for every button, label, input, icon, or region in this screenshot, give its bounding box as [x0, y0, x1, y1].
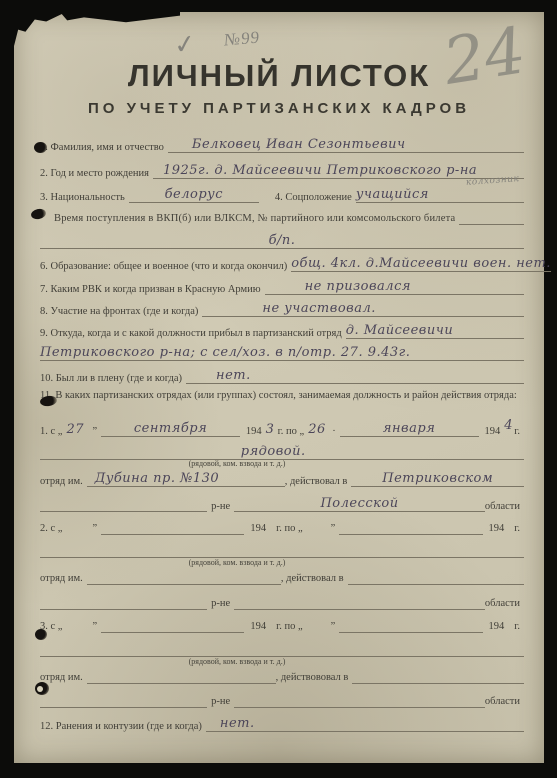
- field-birth: 2. Год и место рождения 1925г. д. Майсее…: [40, 164, 524, 179]
- field-value-handwritten: белорус: [129, 188, 259, 203]
- field-label: 10. Был ли в плену (где и когда): [40, 373, 186, 385]
- blank-line: [40, 544, 207, 558]
- printed-fragment: ”: [331, 523, 340, 535]
- printed-fragment: р-не: [207, 501, 234, 513]
- field-value-handwritten: Белковец Иван Сезонтьевич: [168, 138, 524, 153]
- printed-fragment: 194: [483, 621, 509, 633]
- field-value-handwritten: б/п.: [40, 234, 524, 249]
- month-handwritten: января: [340, 422, 479, 437]
- blank-line: [348, 446, 524, 460]
- field-education: 6. Образование: общее и военное (что и к…: [40, 257, 524, 272]
- field-units-heading: 11. В каких партизанских отрядах (или гр…: [40, 388, 524, 404]
- page-title: ЛИЧНЫЙ ЛИСТОК: [14, 58, 544, 94]
- unit-entry-region: р-не области: [40, 694, 524, 708]
- unit-entry-rank: [40, 643, 524, 657]
- month-handwritten: [101, 619, 244, 633]
- field-value-handwritten: общ. 4кл. д.Майсеевичи воен. нет.: [291, 257, 551, 272]
- field-arrival: 9. Откуда, когда и с какой должности при…: [40, 324, 524, 339]
- printed-fragment: области: [485, 696, 524, 708]
- printed-fragment: 194: [244, 523, 270, 535]
- printed-fragment: ”: [92, 523, 101, 535]
- page-subtitle: ПО УЧЕТУ ПАРТИЗАНСКИХ КАДРОВ: [14, 100, 544, 117]
- printed-fragment: отряд им.: [40, 476, 87, 488]
- field-label: 6. Образование: общее и военное (что и к…: [40, 261, 291, 273]
- rank-caption: (рядовой, ком. взвода и т. д.): [40, 559, 524, 568]
- paper-hole: [34, 142, 47, 153]
- printed-fragment: г. по „: [278, 426, 309, 438]
- pencil-checkmark: ✓: [172, 29, 198, 62]
- printed-fragment: г. по „: [276, 523, 307, 535]
- unit-entry-region: р-не области: [40, 596, 524, 610]
- area-handwritten: [352, 670, 524, 684]
- month-handwritten: [339, 521, 482, 535]
- blank-line: [357, 544, 524, 558]
- area-handwritten: Петриковском: [351, 472, 524, 487]
- field-value-handwritten: нет.: [206, 717, 310, 732]
- blank-line: [40, 643, 207, 657]
- printed-fragment: 194: [483, 523, 509, 535]
- rank-handwritten: рядовой.: [198, 445, 348, 460]
- printed-fragment: 194: [479, 426, 505, 438]
- oblast-handwritten: [234, 596, 485, 610]
- printed-fragment: 194: [240, 426, 266, 438]
- field-label: Время поступления в ВКП(б) или ВЛКСМ, № …: [40, 213, 459, 225]
- unit-entry-detachment: отряд им. , действововал в: [40, 670, 524, 684]
- field-wounds: 12. Ранения и контузии (где и когда) нет…: [40, 717, 524, 732]
- caption-text: (рядовой, ком. взвода и т. д.): [189, 658, 286, 667]
- scanned-document: ✓ №99 24 ЛИЧНЫЙ ЛИСТОК ПО УЧЕТУ ПАРТИЗАН…: [0, 0, 557, 778]
- blank-line: [40, 498, 207, 512]
- field-value-handwritten: Петриковского р-на; с сел/хоз. в п/отр. …: [40, 346, 524, 361]
- printed-fragment: ·: [332, 426, 340, 438]
- printed-fragment: г.: [514, 523, 524, 535]
- blank-line: [310, 718, 524, 732]
- oblast-handwritten: Полесской: [234, 497, 485, 512]
- unit-entry-dates: 2. с „ ” 194 г. по „ ” 194 г.: [40, 521, 524, 535]
- year-digit-handwritten: 4: [504, 419, 514, 433]
- field-label: 9. Откуда, когда и с какой должности при…: [40, 328, 346, 340]
- printed-fragment: 194: [244, 621, 270, 633]
- printed-fragment: ”: [92, 426, 101, 438]
- blank-line: [40, 694, 207, 708]
- detachment-handwritten: Дубина пр. №130: [87, 472, 285, 487]
- paper-sheet: ✓ №99 24 ЛИЧНЫЙ ЛИСТОК ПО УЧЕТУ ПАРТИЗАН…: [14, 12, 544, 763]
- printed-fragment: , действовал в: [281, 573, 348, 585]
- printed-fragment: ”: [331, 621, 340, 633]
- day-handwritten: 26: [308, 423, 332, 437]
- field-label: 8. Участие на фронтах (где и когда): [40, 306, 202, 318]
- detachment-handwritten: [87, 670, 276, 684]
- printed-fragment: г.: [514, 621, 524, 633]
- printed-fragment: г.: [514, 426, 524, 438]
- month-handwritten: [339, 619, 482, 633]
- field-surname: 1. Фамилия, имя и отчество Белковец Иван…: [40, 138, 524, 153]
- month-handwritten: сентября: [101, 422, 240, 437]
- torn-corner: [14, 12, 66, 46]
- punch-hole-center: [37, 686, 43, 692]
- area-handwritten: [348, 571, 524, 585]
- field-label: 1. Фамилия, имя и отчество: [40, 142, 168, 154]
- field-label: 3. Национальность: [40, 192, 129, 204]
- detachment-handwritten: [87, 571, 281, 585]
- unit-entry-dates: 3. с „ ” 194 г. по „ ” 194 г.: [40, 619, 524, 633]
- day-handwritten: 27: [66, 423, 92, 437]
- field-value-handwritten: учащийся колхозник: [356, 188, 524, 203]
- field-nationality-socposition: 3. Национальность белорус 4. Соцположени…: [40, 188, 524, 203]
- unit-entry-region: р-не Полесской области: [40, 497, 524, 512]
- field-value-handwritten: не участвовал.: [202, 302, 524, 317]
- printed-fragment: 2. с „: [40, 523, 66, 535]
- unit-entry-dates: 1. с „ 27 ” сентября 194 3 г. по „ 26 · …: [40, 422, 524, 437]
- printed-fragment: 1. с „: [40, 426, 66, 438]
- printed-fragment: , действововал в: [276, 672, 353, 684]
- month-handwritten: [101, 521, 244, 535]
- printed-fragment: отряд им.: [40, 573, 87, 585]
- caption-text: (рядовой, ком. взвода и т. д.): [189, 460, 286, 469]
- field-draft: 7. Каким РВК и когда призван в Красную А…: [40, 280, 524, 295]
- pencil-doc-number: №99: [223, 27, 261, 50]
- field-party-membership: Время поступления в ВКП(б) или ВЛКСМ, № …: [40, 211, 524, 225]
- blank-line: [357, 643, 524, 657]
- printed-fragment: г. по „: [276, 621, 307, 633]
- printed-fragment: отряд им.: [40, 672, 87, 684]
- caption-text: (рядовой, ком. взвода и т. д.): [189, 559, 286, 568]
- field-party-membership-value: б/п.: [40, 234, 524, 249]
- field-label: 4. Соцположение: [259, 192, 356, 204]
- year-digit-handwritten: 3: [266, 423, 278, 437]
- field-captivity: 10. Был ли в плену (где и когда) нет.: [40, 369, 524, 384]
- printed-fragment: , действовал в: [285, 476, 352, 488]
- field-label: 2. Год и место рождения: [40, 168, 153, 180]
- field-label: 7. Каким РВК и когда призван в Красную А…: [40, 284, 265, 296]
- rank-caption: (рядовой, ком. взвода и т. д.): [40, 460, 524, 469]
- printed-fragment: области: [485, 598, 524, 610]
- punch-hole: [35, 629, 47, 640]
- rank-handwritten: [207, 643, 357, 657]
- pencil-note: колхозник: [466, 175, 520, 189]
- rank-caption: (рядовой, ком. взвода и т. д.): [40, 658, 524, 667]
- oblast-handwritten: [234, 694, 485, 708]
- field-label: 12. Ранения и контузии (где и когда): [40, 721, 206, 733]
- printed-fragment: р-не: [207, 598, 234, 610]
- rank-handwritten: [207, 544, 357, 558]
- unit-entry-detachment: отряд им. Дубина пр. №130 , действовал в…: [40, 472, 524, 487]
- field-value-handwritten: д. Майсеевичи: [346, 324, 524, 339]
- unit-entry-rank: [40, 544, 524, 558]
- field-value-handwritten: не призовался: [265, 280, 524, 295]
- torn-edge: [60, 12, 180, 24]
- ink-blob: [39, 395, 57, 407]
- unit-entry-rank: рядовой.: [40, 445, 524, 460]
- blank-line: [40, 596, 207, 610]
- socposition-value: учащийся: [356, 187, 429, 202]
- blank-line: [459, 211, 524, 225]
- blank-line: [40, 446, 198, 460]
- unit-entry-detachment: отряд им. , действовал в: [40, 571, 524, 585]
- field-fronts: 8. Участие на фронтах (где и когда) не у…: [40, 302, 524, 317]
- printed-fragment: ”: [92, 621, 101, 633]
- printed-fragment: области: [485, 501, 524, 513]
- field-arrival-line2: Петриковского р-на; с сел/хоз. в п/отр. …: [40, 346, 524, 361]
- field-value-handwritten: нет.: [186, 369, 524, 384]
- printed-fragment: р-не: [207, 696, 234, 708]
